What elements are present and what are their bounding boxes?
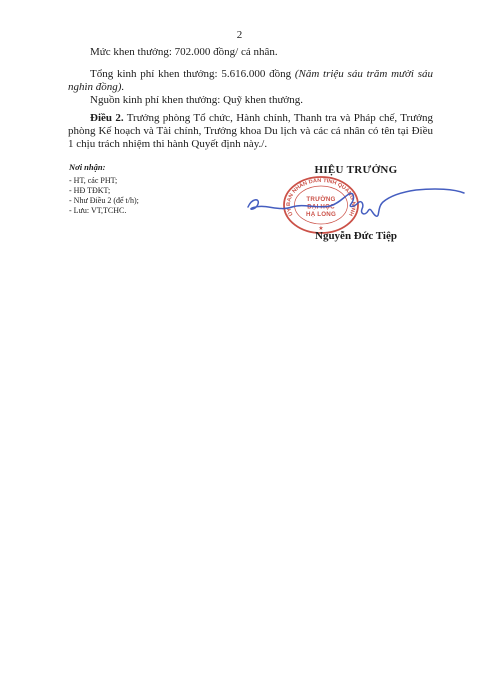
stamp-center-line-2: ĐẠI HỌC (307, 204, 335, 211)
total-budget-text: Tổng kinh phí khen thưởng: 5.616.000 đồn… (90, 68, 295, 80)
paragraph-budget-source: Nguồn kinh phí khen thưởng: Quỹ khen thư… (68, 94, 433, 107)
signature-scrawl (248, 189, 464, 216)
recipient-item: - HĐ TĐKT; (69, 186, 139, 196)
reward-amount-text: Mức khen thưởng: 702.000 đồng/ cá nhân. (90, 46, 278, 58)
recipients-title: Nơi nhận: (69, 162, 139, 172)
stamp-center-line-3: HẠ LONG (306, 211, 336, 218)
official-stamp: ỦY BAN NHÂN DÂN TỈNH QUẢNG NINH TRƯỜNG Đ… (284, 177, 358, 233)
recipients-block: Nơi nhận: - HT, các PHT; - HĐ TĐKT; - Nh… (69, 162, 139, 216)
signer-name: Nguyễn Đức Tiệp (276, 230, 436, 242)
recipient-item: - HT, các PHT; (69, 176, 139, 186)
budget-source-text: Nguồn kinh phí khen thưởng: Quỹ khen thư… (90, 94, 303, 106)
paragraph-article-2: Điều 2. Trưởng phòng Tổ chức, Hành chính… (68, 112, 433, 151)
article-2-body: Trưởng phòng Tổ chức, Hành chính, Thanh … (68, 112, 433, 150)
stamp-inner-ring (295, 186, 348, 224)
document-page: 2 Mức khen thưởng: 702.000 đồng/ cá nhân… (0, 0, 479, 675)
page-number: 2 (0, 29, 479, 41)
paragraph-reward-amount: Mức khen thưởng: 702.000 đồng/ cá nhân. (68, 46, 433, 59)
recipient-item: - Như Điều 2 (để t/h); (69, 196, 139, 206)
recipient-item: - Lưu: VT,TCHC. (69, 206, 139, 216)
paragraph-total-budget: Tổng kinh phí khen thưởng: 5.616.000 đồn… (68, 68, 433, 94)
stamp-ring-text: ỦY BAN NHÂN DÂN TỈNH QUẢNG NINH (286, 177, 356, 217)
signer-title: HIỆU TRƯỞNG (276, 164, 436, 176)
stamp-center-line-1: TRƯỜNG (306, 195, 335, 203)
stamp-outer-ring (284, 177, 358, 233)
article-2-label: Điều 2. (90, 112, 124, 124)
